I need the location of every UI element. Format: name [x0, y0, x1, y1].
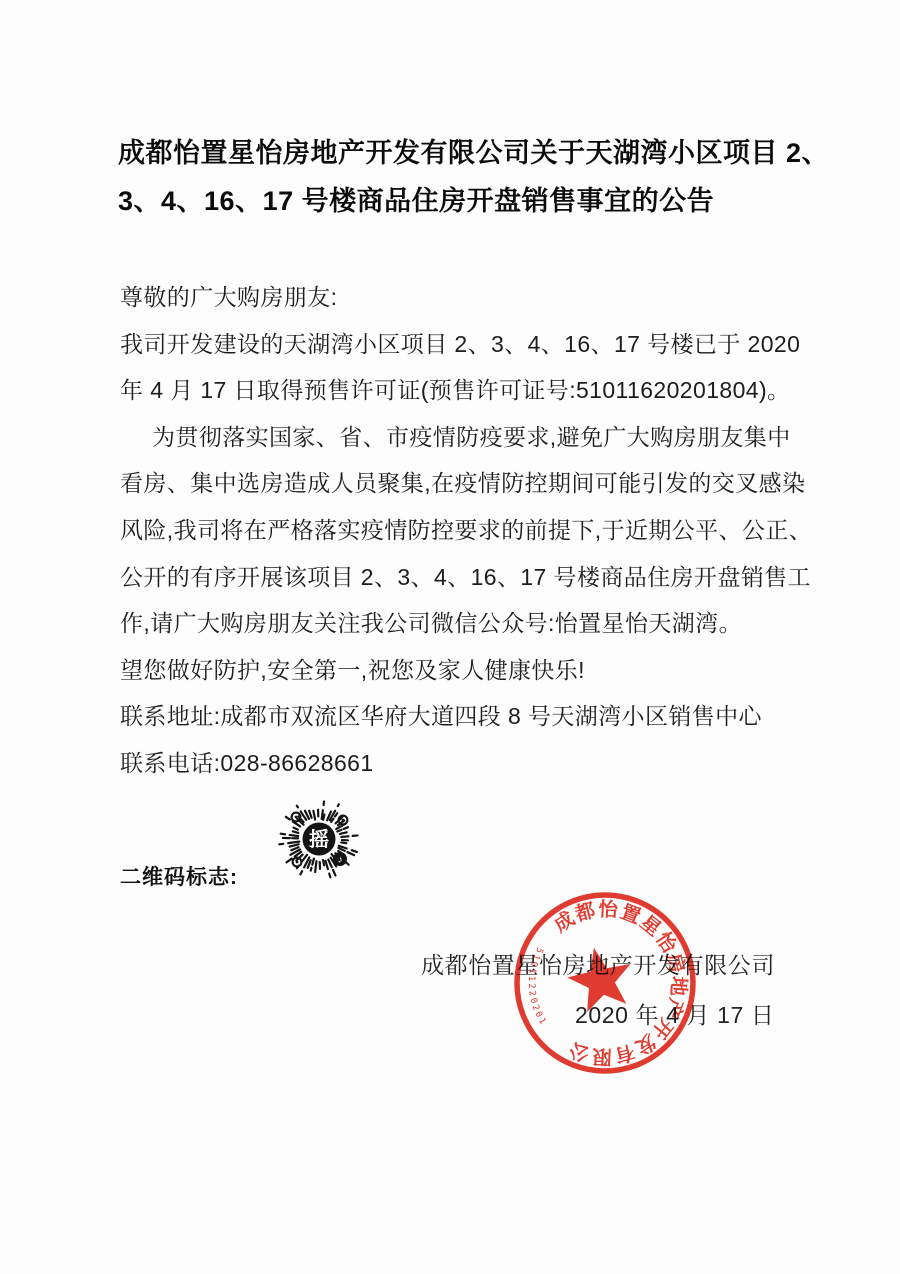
qr-spoke	[297, 806, 298, 808]
page-title: 成都怡置星怡房地产开发有限公司关于天湖湾小区项目 2、 3、4、16、17 号楼…	[118, 130, 808, 225]
body-line: 作,请广大购房朋友关注我公司微信公众号:怡置星怡天湖湾。	[120, 600, 800, 647]
title-line-2: 3、4、16、17 号楼商品住房开盘销售事宜的公告	[118, 178, 808, 226]
qr-spoke	[281, 834, 285, 835]
qr-spoke	[328, 860, 331, 868]
music-note-icon: ♪	[338, 855, 343, 866]
body-line: 我司开发建设的天湖湾小区项目 2、3、4、16、17 号楼已于 2020	[120, 321, 800, 368]
qr-spoke	[290, 844, 299, 846]
qr-spoke	[311, 868, 312, 871]
qr-spoke	[323, 860, 324, 865]
body-line: 年 4 月 17 日取得预售许可证(预售许可证号:51011620201804)…	[120, 367, 800, 414]
svg-text:成都怡置星怡房地产开发有限公司: 成都怡置星怡房地产开发有限公司	[549, 894, 693, 1069]
qr-spoke	[290, 835, 298, 836]
qr-spoke	[323, 815, 324, 820]
qr-spoke	[293, 831, 299, 833]
body-line: 为贯彻落实国家、省、市疫情防疫要求,避免广大购房朋友集中	[120, 414, 800, 461]
qr-spoke	[329, 874, 330, 878]
qr-ring-dot-center	[342, 819, 345, 822]
qr-spoke	[352, 850, 357, 852]
qr-spoke	[312, 859, 314, 865]
qr-spoke	[333, 870, 335, 875]
body-line: 看房、集中选房造成人员聚集,在疫情防控期间可能引发的交叉感染	[120, 460, 800, 507]
qr-spoke	[341, 842, 346, 843]
wish-line: 望您做好防护,安全第一,祝您及家人健康快乐!	[120, 647, 800, 694]
signature-date: 2020 年 4 月 17 日	[575, 997, 775, 1030]
qr-spoke	[347, 852, 354, 855]
seal-ring	[517, 895, 693, 1071]
qr-spoke	[338, 804, 339, 806]
qr-spoke	[340, 832, 347, 834]
document-body: 尊敬的广大购房朋友: 我司开发建设的天湖湾小区项目 2、3、4、16、17 号楼…	[120, 274, 800, 787]
qr-spoke	[315, 861, 316, 872]
qr-spoke	[325, 861, 327, 869]
qr-ring-dot-center	[295, 816, 298, 819]
qr-spoke	[309, 811, 311, 818]
salutation-line: 尊敬的广大购房朋友:	[120, 274, 800, 321]
body-line: 公开的有序开展该项目 2、3、4、16、17 号楼商品住房开盘销售工	[120, 554, 800, 601]
qr-code-label: 二维码标志:	[120, 861, 238, 891]
scanned-announcement-page: 成都怡置星怡房地产开发有限公司关于天湖湾小区项目 2、 3、4、16、17 号楼…	[0, 0, 900, 1274]
qr-spoke	[287, 859, 292, 863]
qr-code: ♪ 摇	[276, 796, 362, 882]
signature-company: 成都怡置星怡房地产开发有限公司	[421, 947, 775, 980]
contact-address-line: 联系地址:成都市双流区华府大道四段 8 号天湖湾小区销售中心	[120, 693, 800, 740]
qr-spoke	[300, 871, 302, 874]
qr-spoke	[344, 827, 348, 829]
official-seal: 成都怡置星怡房地产开发有限公司 5101122020180	[505, 883, 705, 1083]
seal-arc-text: 成都怡置星怡房地产开发有限公司	[549, 894, 693, 1069]
qr-spoke	[313, 811, 315, 820]
qr-spoke	[286, 817, 290, 820]
qr-spoke	[288, 842, 299, 844]
qr-spoke	[279, 844, 283, 845]
official-seal-svg: 成都怡置星怡房地产开发有限公司 5101122020180	[505, 883, 705, 1083]
qr-code-svg: ♪ 摇	[276, 796, 362, 882]
qr-spoke	[341, 836, 348, 837]
title-line-1: 成都怡置星怡房地产开发有限公司关于天湖湾小区项目 2、	[118, 130, 808, 178]
qr-spoke	[294, 828, 298, 830]
contact-phone-line: 联系电话:028-86628661	[120, 740, 800, 787]
qr-spoke	[335, 813, 337, 816]
body-line: 风险,我司将在严格落实疫情防控要求的前提下,于近期公平、公正、	[120, 507, 800, 554]
qr-center-char: 摇	[309, 827, 329, 851]
qr-ring-dot-center	[296, 861, 299, 864]
qr-spoke	[337, 830, 341, 832]
